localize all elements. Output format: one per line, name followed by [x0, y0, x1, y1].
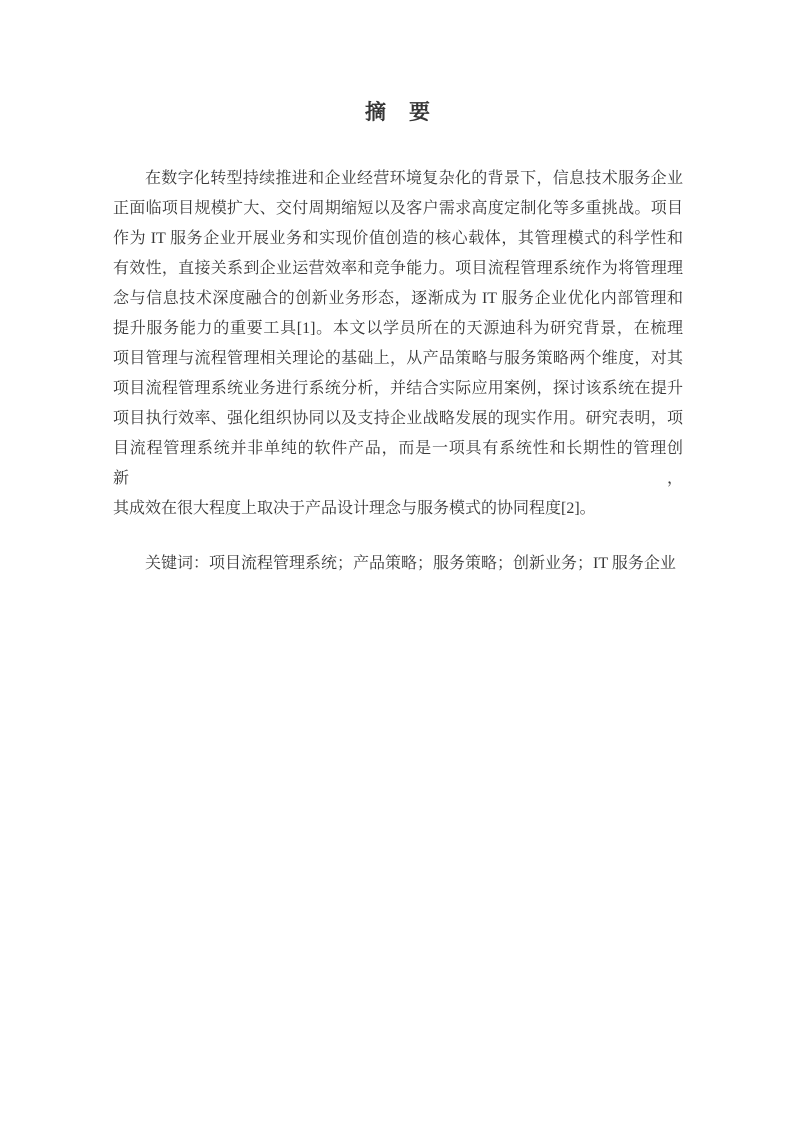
- keywords-line: 关键词：项目流程管理系统；产品策略；服务策略；创新业务；IT 服务企业: [113, 549, 683, 579]
- paragraph-line: 有效性，直接关系到企业运营效率和竞争能力。项目流程管理系统作为将管理理: [113, 254, 683, 284]
- paragraph-line: 提升服务能力的重要工具[1]。本文以学员所在的天源迪科为研究背景，在梳理: [113, 314, 683, 344]
- paragraph-line: 作为 IT 服务企业开展业务和实现价值创造的核心载体，其管理模式的科学性和: [113, 224, 683, 254]
- document-page: 摘 要 在数字化转型持续推进和企业经营环境复杂化的背景下，信息技术服务企业 正面…: [0, 0, 793, 1122]
- paragraph-line: 念与信息技术深度融合的创新业务形态，逐渐成为 IT 服务企业优化内部管理和: [113, 284, 683, 314]
- paragraph-line: 目流程管理系统并非单纯的软件产品，而是一项具有系统性和长期性的管理创新，: [113, 434, 683, 494]
- paragraph-line: 项目流程管理系统业务进行系统分析，并结合实际应用案例，探讨该系统在提升: [113, 374, 683, 404]
- page-content: 摘 要 在数字化转型持续推进和企业经营环境复杂化的背景下，信息技术服务企业 正面…: [113, 0, 683, 579]
- paragraph-line: 正面临项目规模扩大、交付周期缩短以及客户需求高度定制化等多重挑战。项目: [113, 194, 683, 224]
- paragraph-line: 项目执行效率、强化组织协同以及支持企业战略发展的现实作用。研究表明，项: [113, 404, 683, 434]
- paragraph-line: 项目管理与流程管理相关理论的基础上，从产品策略与服务策略两个维度，对其: [113, 344, 683, 374]
- abstract-title: 摘 要: [113, 96, 683, 128]
- paragraph-line: 在数字化转型持续推进和企业经营环境复杂化的背景下，信息技术服务企业: [113, 164, 683, 194]
- abstract-paragraph: 在数字化转型持续推进和企业经营环境复杂化的背景下，信息技术服务企业 正面临项目规…: [113, 164, 683, 524]
- paragraph-line: 其成效在很大程度上取决于产品设计理念与服务模式的协同程度[2]。: [113, 494, 683, 524]
